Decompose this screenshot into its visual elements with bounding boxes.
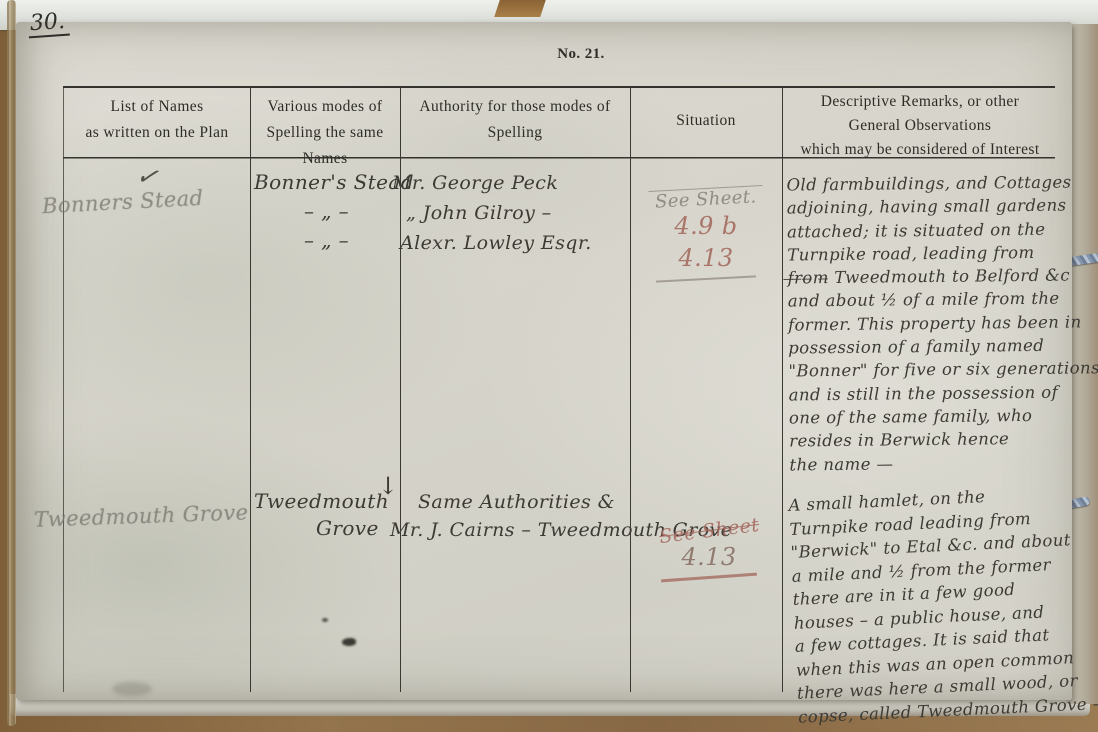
remarks-entry: A small hamlet, on theTurnpike road lead… bbox=[788, 480, 1098, 728]
handwritten-line: attached; it is situated on the bbox=[787, 217, 1075, 243]
handwritten-line: Same Authorities & bbox=[404, 488, 732, 516]
header-line: as written on the Plan bbox=[68, 120, 246, 146]
plan-name-entry: Tweedmouth Grove bbox=[34, 500, 249, 531]
sheet-reference: 4.13 bbox=[636, 242, 776, 274]
column-header-situation: Situation bbox=[634, 108, 778, 134]
header-line: Spelling bbox=[404, 120, 626, 146]
header-line: General Observations bbox=[786, 114, 1054, 138]
handwritten-line: and is still in the possession of bbox=[789, 380, 1077, 406]
handwritten-line: resides in Berwick hence bbox=[789, 427, 1077, 453]
handwritten-line: the name — bbox=[789, 450, 1077, 476]
handwritten-line: Tweedmouth bbox=[254, 488, 389, 515]
column-header-spelling-modes: Various modes of Spelling the same Names bbox=[254, 94, 396, 172]
handwritten-line: – „ – bbox=[254, 197, 399, 226]
handwritten-line: former. This property has been in bbox=[788, 310, 1076, 336]
header-line: which may be considered of Interest bbox=[786, 138, 1054, 162]
handwritten-line: Grove bbox=[254, 515, 389, 542]
red-underline bbox=[661, 573, 757, 583]
header-top-rule bbox=[63, 86, 1055, 88]
handwritten-line: Turnpike road, leading from bbox=[787, 240, 1075, 266]
column-header-remarks: Descriptive Remarks, or other General Ob… bbox=[786, 90, 1054, 162]
sheet-reference: 4.9 b bbox=[636, 210, 776, 242]
table-left-rule bbox=[63, 86, 64, 692]
plan-name-entry: Bonners Stead bbox=[41, 186, 204, 218]
header-line: Descriptive Remarks, or other bbox=[786, 90, 1054, 114]
column-divider bbox=[250, 86, 251, 692]
binding-crease bbox=[7, 0, 16, 726]
header-line: Various modes of bbox=[254, 94, 396, 120]
handwritten-line: Mr. George Peck bbox=[392, 168, 592, 198]
handwritten-line: – „ – bbox=[254, 226, 399, 255]
header-line: Situation bbox=[634, 108, 778, 134]
authority-entry: Mr. George Peck„ John Gilroy –Alexr. Low… bbox=[392, 168, 592, 258]
ink-smudge bbox=[322, 618, 328, 622]
handwritten-line: Old farmbuildings, and Cottages bbox=[786, 171, 1074, 197]
spelling-entry: Bonner's Stead– „ –– „ – bbox=[254, 168, 399, 255]
column-divider bbox=[630, 86, 631, 692]
spelling-entry: TweedmouthGrove bbox=[254, 488, 389, 542]
header-line: List of Names bbox=[68, 94, 246, 120]
column-header-authority: Authority for those modes of Spelling bbox=[404, 94, 626, 146]
situation-entry: See Sheet. 4.9 b 4.13 bbox=[636, 188, 776, 280]
handwritten-line: one of the same family, who bbox=[789, 403, 1077, 429]
handwritten-folio-number: 30. bbox=[27, 9, 70, 39]
table-gap-wedge bbox=[494, 0, 546, 17]
header-line: Authority for those modes of bbox=[404, 94, 626, 120]
pencil-underline bbox=[656, 275, 756, 282]
handwritten-line: f̶r̶o̶m̶ Tweedmouth to Belford &c bbox=[787, 264, 1075, 290]
paper-stain bbox=[112, 682, 152, 696]
remarks-entry: Old farmbuildings, and Cottagesadjoining… bbox=[786, 171, 1077, 477]
header-line: Spelling the same Names bbox=[254, 120, 396, 172]
printed-page-number: No. 21. bbox=[521, 46, 641, 63]
ledger-page: 30. No. 21. List of Names as written on … bbox=[16, 22, 1072, 700]
handwritten-line: possession of a family named bbox=[788, 334, 1076, 360]
handwritten-line: Alexr. Lowley Esqr. bbox=[392, 228, 592, 258]
sheet-note: See Sheet. bbox=[649, 185, 764, 213]
handwritten-line: and about ½ of a mile from the bbox=[788, 287, 1076, 313]
situation-entry: See Sheet 4.13 bbox=[644, 520, 774, 579]
column-header-names: List of Names as written on the Plan bbox=[68, 94, 246, 146]
handwritten-line: adjoining, having small gardens bbox=[787, 194, 1075, 220]
handwritten-line: "Bonner" for five or six generations bbox=[788, 357, 1076, 383]
ink-smudge bbox=[342, 638, 356, 646]
column-divider bbox=[782, 86, 783, 692]
handwritten-line: Bonner's Stead bbox=[254, 168, 399, 197]
handwritten-line: „ John Gilroy – bbox=[392, 198, 592, 228]
